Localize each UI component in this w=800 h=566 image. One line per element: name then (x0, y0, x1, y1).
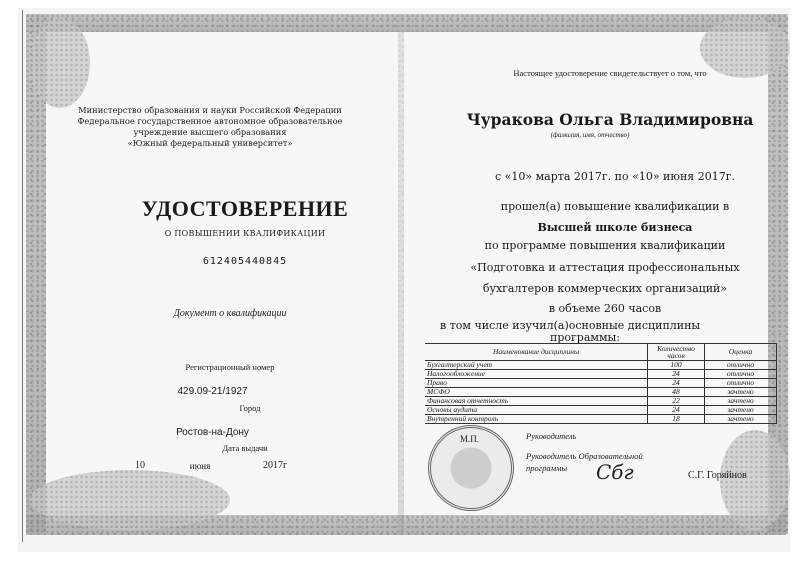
stamp-label: М.П. (460, 434, 479, 444)
discipline-name: Налогообложение (425, 370, 648, 379)
discipline-grade: зачтено (705, 397, 777, 406)
table-row: Финансовая отчетность22зачтено (425, 397, 777, 406)
program-name-line: «Подготовка и аттестация профессиональны… (440, 261, 770, 274)
ministry-line: учреждение высшего образования (70, 127, 350, 138)
holder-full-name: Чуракова Ольга Владимировна (460, 110, 760, 129)
discipline-grade: отлично (705, 379, 777, 388)
discipline-name: Бухгалтерский учет (425, 361, 648, 370)
document-title: УДОСТОВЕРЕНИЕ (135, 196, 355, 222)
discipline-name: Основы аудита (425, 406, 648, 415)
discipline-hours: 18 (648, 415, 705, 424)
discipline-name: Внутренний контроль (425, 415, 648, 424)
certificate-number: 612405440845 (135, 256, 355, 267)
signature: Сбг (596, 460, 656, 490)
discipline-hours: 24 (648, 406, 705, 415)
discipline-hours: 24 (648, 379, 705, 388)
total-hours: в объеме 260 часов (440, 302, 770, 315)
table-row: Право24отлично (425, 379, 777, 388)
discipline-hours: 100 (648, 361, 705, 370)
city-label: Город (200, 403, 300, 413)
city: Ростов-на-Дону (140, 427, 285, 438)
discipline-hours: 22 (648, 397, 705, 406)
head-label: Руководитель (526, 431, 576, 441)
certifies-text: Настоящее удостоверение свидетельствует … (470, 68, 750, 78)
table-row: МСФО48зачтено (425, 388, 777, 397)
discipline-hours: 48 (648, 388, 705, 397)
table-row: Основы аудита24зачтено (425, 406, 777, 415)
discipline-name: Финансовая отчетность (425, 397, 648, 406)
discipline-grade: зачтено (705, 388, 777, 397)
table-row: Налогообложение24отлично (425, 370, 777, 379)
issue-date-label: Дата выдачи (180, 443, 310, 453)
school-name: Высшей школе бизнеса (460, 221, 770, 234)
issue-year: 2017г (245, 460, 305, 471)
discipline-grade: зачтено (705, 415, 777, 424)
discipline-name: Право (425, 379, 648, 388)
discipline-grade: зачтено (705, 406, 777, 415)
training-period: с «10» марта 2017г. по «10» июня 2017г. (460, 170, 770, 183)
ministry-line: Федеральное государственное автономное о… (70, 116, 350, 127)
ministry-line: «Южный федеральный университет» (70, 138, 350, 149)
column-header-discipline: Наименование дисциплины (425, 344, 648, 361)
discipline-grade: отлично (705, 370, 777, 379)
column-header-grade: Оценка (705, 344, 777, 361)
table-header-row: Наименование дисциплины Количество часов… (425, 344, 777, 361)
issuing-institution: Министерство образования и науки Российс… (70, 105, 350, 149)
issue-month: июня (170, 461, 230, 471)
issue-day: 10 (120, 460, 160, 471)
document-type: Документ о квалификации (120, 308, 340, 319)
passed-text: прошел(а) повышение квалификации в (460, 200, 770, 213)
signer-name: С.Г. Горяйнов (688, 470, 747, 481)
disciplines-table: Наименование дисциплины Количество часов… (425, 343, 777, 424)
discipline-name: МСФО (425, 388, 648, 397)
program-name-line: бухгалтеров коммерческих организаций» (440, 282, 770, 295)
column-header-hours: Количество часов (648, 344, 705, 361)
document-subtitle: О ПОВЫШЕНИИ КВАЛИФИКАЦИИ (135, 229, 355, 238)
table-row: Бухгалтерский учет100отлично (425, 361, 777, 370)
ministry-line: Министерство образования и науки Российс… (70, 105, 350, 116)
discipline-grade: отлично (705, 361, 777, 370)
table-row: Внутренний контроль18зачтено (425, 415, 777, 424)
registration-number-label: Регистрационный номер (140, 362, 320, 372)
full-name-hint: (фамилия, имя, отчество) (520, 131, 660, 139)
registration-number: 429.09-21/1927 (140, 386, 285, 397)
program-intro: по программе повышения квалификации (440, 239, 770, 252)
discipline-hours: 24 (648, 370, 705, 379)
